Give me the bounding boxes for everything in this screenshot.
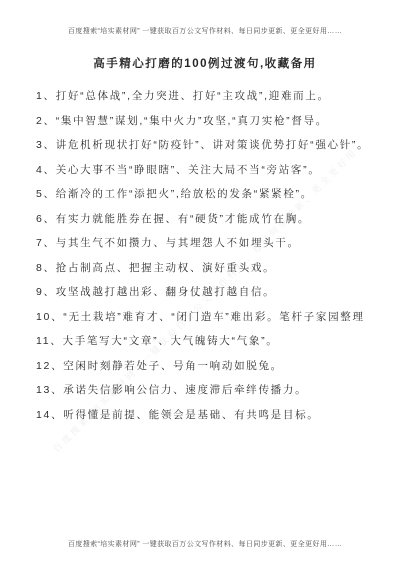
page-title: 高手精心打磨的100例过渡句,收藏备用 [0,55,410,71]
list-item-9: 9、攻坚战越打越出彩、翻身仗越打越自信。 [36,280,377,305]
footer-promo-note: 百度搜索“培实素材网” 一键获取百万公文写作材料、每日同步更新、更全更好用…… [0,540,410,550]
list-item-5: 5、给渐冷的工作“添把火”,给放松的发条“紧紧栓”。 [36,182,377,207]
header-promo-note: 百度搜索“培实素材网” 一键获取百万公文写作材料、每日同步更新、更全更好用…… [0,0,410,37]
list-item-3: 3、讲危机析现状打好“防疫针”、讲对策谈优势打好“强心针”。 [36,133,377,158]
list-item-12: 12、空闲时刻静若处子、号角一响动如脱兔。 [36,354,377,379]
list-item-10: 10、“无土栽培”难育才、“闭门造车”难出彩。笔杆子家园整理 [36,305,377,330]
list-item-1: 1、打好“总体战”,全力突进、打好“主攻战”,迎难而上。 [36,84,377,109]
document-page: 百度搜索“培实素材网” 一键获取百万公文写作材料、每日同步更新、更全更好用 百度… [0,0,410,580]
list-content: 1、打好“总体战”,全力突进、打好“主攻战”,迎难而上。 2、“集中智慧”谋划,… [36,84,377,427]
list-item-7: 7、与其生气不如攒力、与其埋怨人不如埋头干。 [36,231,377,256]
list-item-14: 14、听得懂是前提、能领会是基础、有共鸣是目标。 [36,403,377,428]
list-item-6: 6、有实力就能胜券在握、有“硬货”才能成竹在胸。 [36,207,377,232]
list-item-2: 2、“集中智慧”谋划,“集中火力”攻坚,“真刀实枪”督导。 [36,109,377,134]
list-item-11: 11、大手笔写大“文章”、大气魄铸大“气象”。 [36,329,377,354]
list-item-8: 8、抢占制高点、把握主动权、演好重头戏。 [36,256,377,281]
list-item-13: 13、承诺失信影响公信力、速度滞后牵绊传播力。 [36,378,377,403]
list-item-4: 4、关心大事不当“睁眼瞎”、关注大局不当“旁站客”。 [36,158,377,183]
